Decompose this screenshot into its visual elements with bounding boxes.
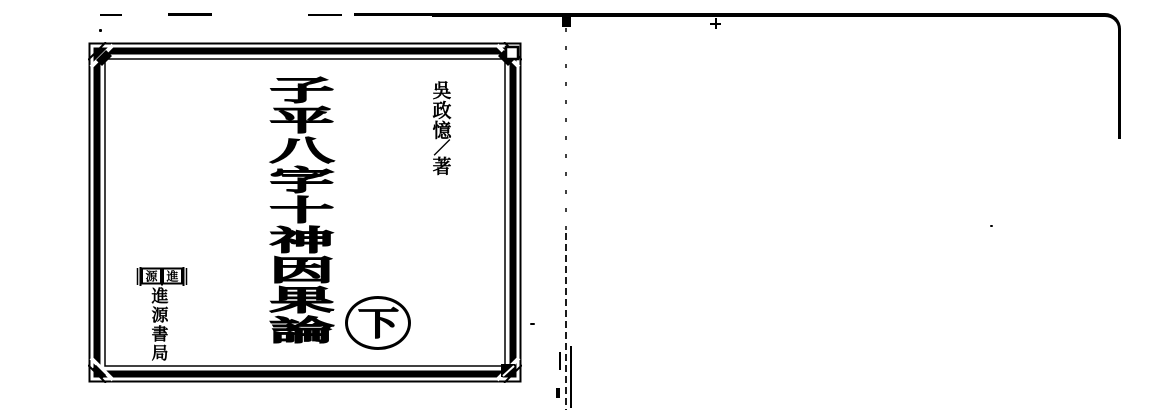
spine-fold-line-lower bbox=[565, 233, 567, 410]
spine-fold-line-upper bbox=[565, 28, 567, 233]
title-char: 字 bbox=[270, 166, 334, 196]
author-char: 憶 bbox=[432, 121, 451, 141]
title-char: 神 bbox=[270, 226, 334, 256]
logo-left-char: 源 bbox=[145, 269, 158, 284]
spine-fold-blob-bottom bbox=[556, 388, 560, 398]
title-char: 八 bbox=[270, 136, 334, 166]
logo-right-char: 進 bbox=[165, 269, 178, 284]
scanned-page-spread: 子 平 八 字 十 神 因 果 論 下 吳 政 憶 ／ 著 bbox=[0, 0, 1160, 410]
publisher-char: 進 bbox=[152, 288, 169, 307]
scan-edge-line-segment bbox=[354, 13, 432, 16]
title-char: 平 bbox=[270, 106, 334, 136]
title-char: 因 bbox=[270, 256, 334, 286]
scan-edge-line-segment bbox=[432, 13, 1098, 17]
scan-speck bbox=[990, 225, 993, 227]
title-char: 子 bbox=[270, 76, 334, 106]
scan-edge-line-segment bbox=[168, 13, 212, 16]
publisher-char: 局 bbox=[152, 345, 169, 364]
scan-edge-line-segment bbox=[308, 14, 342, 16]
scan-speck bbox=[530, 323, 535, 325]
title-char: 果 bbox=[270, 286, 334, 316]
author-char: 著 bbox=[432, 157, 451, 177]
spine-fold-speck bbox=[559, 352, 561, 370]
author-char: 政 bbox=[432, 101, 451, 121]
publisher-char: 書 bbox=[152, 326, 169, 345]
publisher-logo: 源 進 bbox=[136, 266, 188, 287]
scan-edge-line-segment bbox=[100, 14, 122, 16]
volume-badge: 下 bbox=[345, 296, 411, 350]
book-title-vertical: 子 平 八 字 十 神 因 果 論 bbox=[250, 76, 355, 346]
publisher-char: 源 bbox=[152, 307, 169, 326]
spine-fold-blob bbox=[562, 16, 571, 27]
scan-edge-rounded-corner bbox=[1094, 13, 1121, 139]
author-slash: ／ bbox=[434, 141, 451, 157]
author-credit: 吳 政 憶 ／ 著 bbox=[428, 81, 456, 177]
publisher-name: 進 源 書 局 bbox=[142, 288, 178, 364]
author-char: 吳 bbox=[432, 81, 451, 101]
title-char: 十 bbox=[270, 196, 334, 226]
spine-fold-line-double bbox=[570, 346, 572, 408]
volume-label: 下 bbox=[357, 307, 398, 340]
book-cover: 子 平 八 字 十 神 因 果 論 下 吳 政 憶 ／ 著 bbox=[88, 42, 522, 383]
open-book-icon: 源 進 bbox=[136, 266, 188, 287]
title-char: 論 bbox=[270, 316, 334, 346]
registration-cross-icon bbox=[710, 18, 721, 29]
scan-speck bbox=[99, 29, 102, 32]
